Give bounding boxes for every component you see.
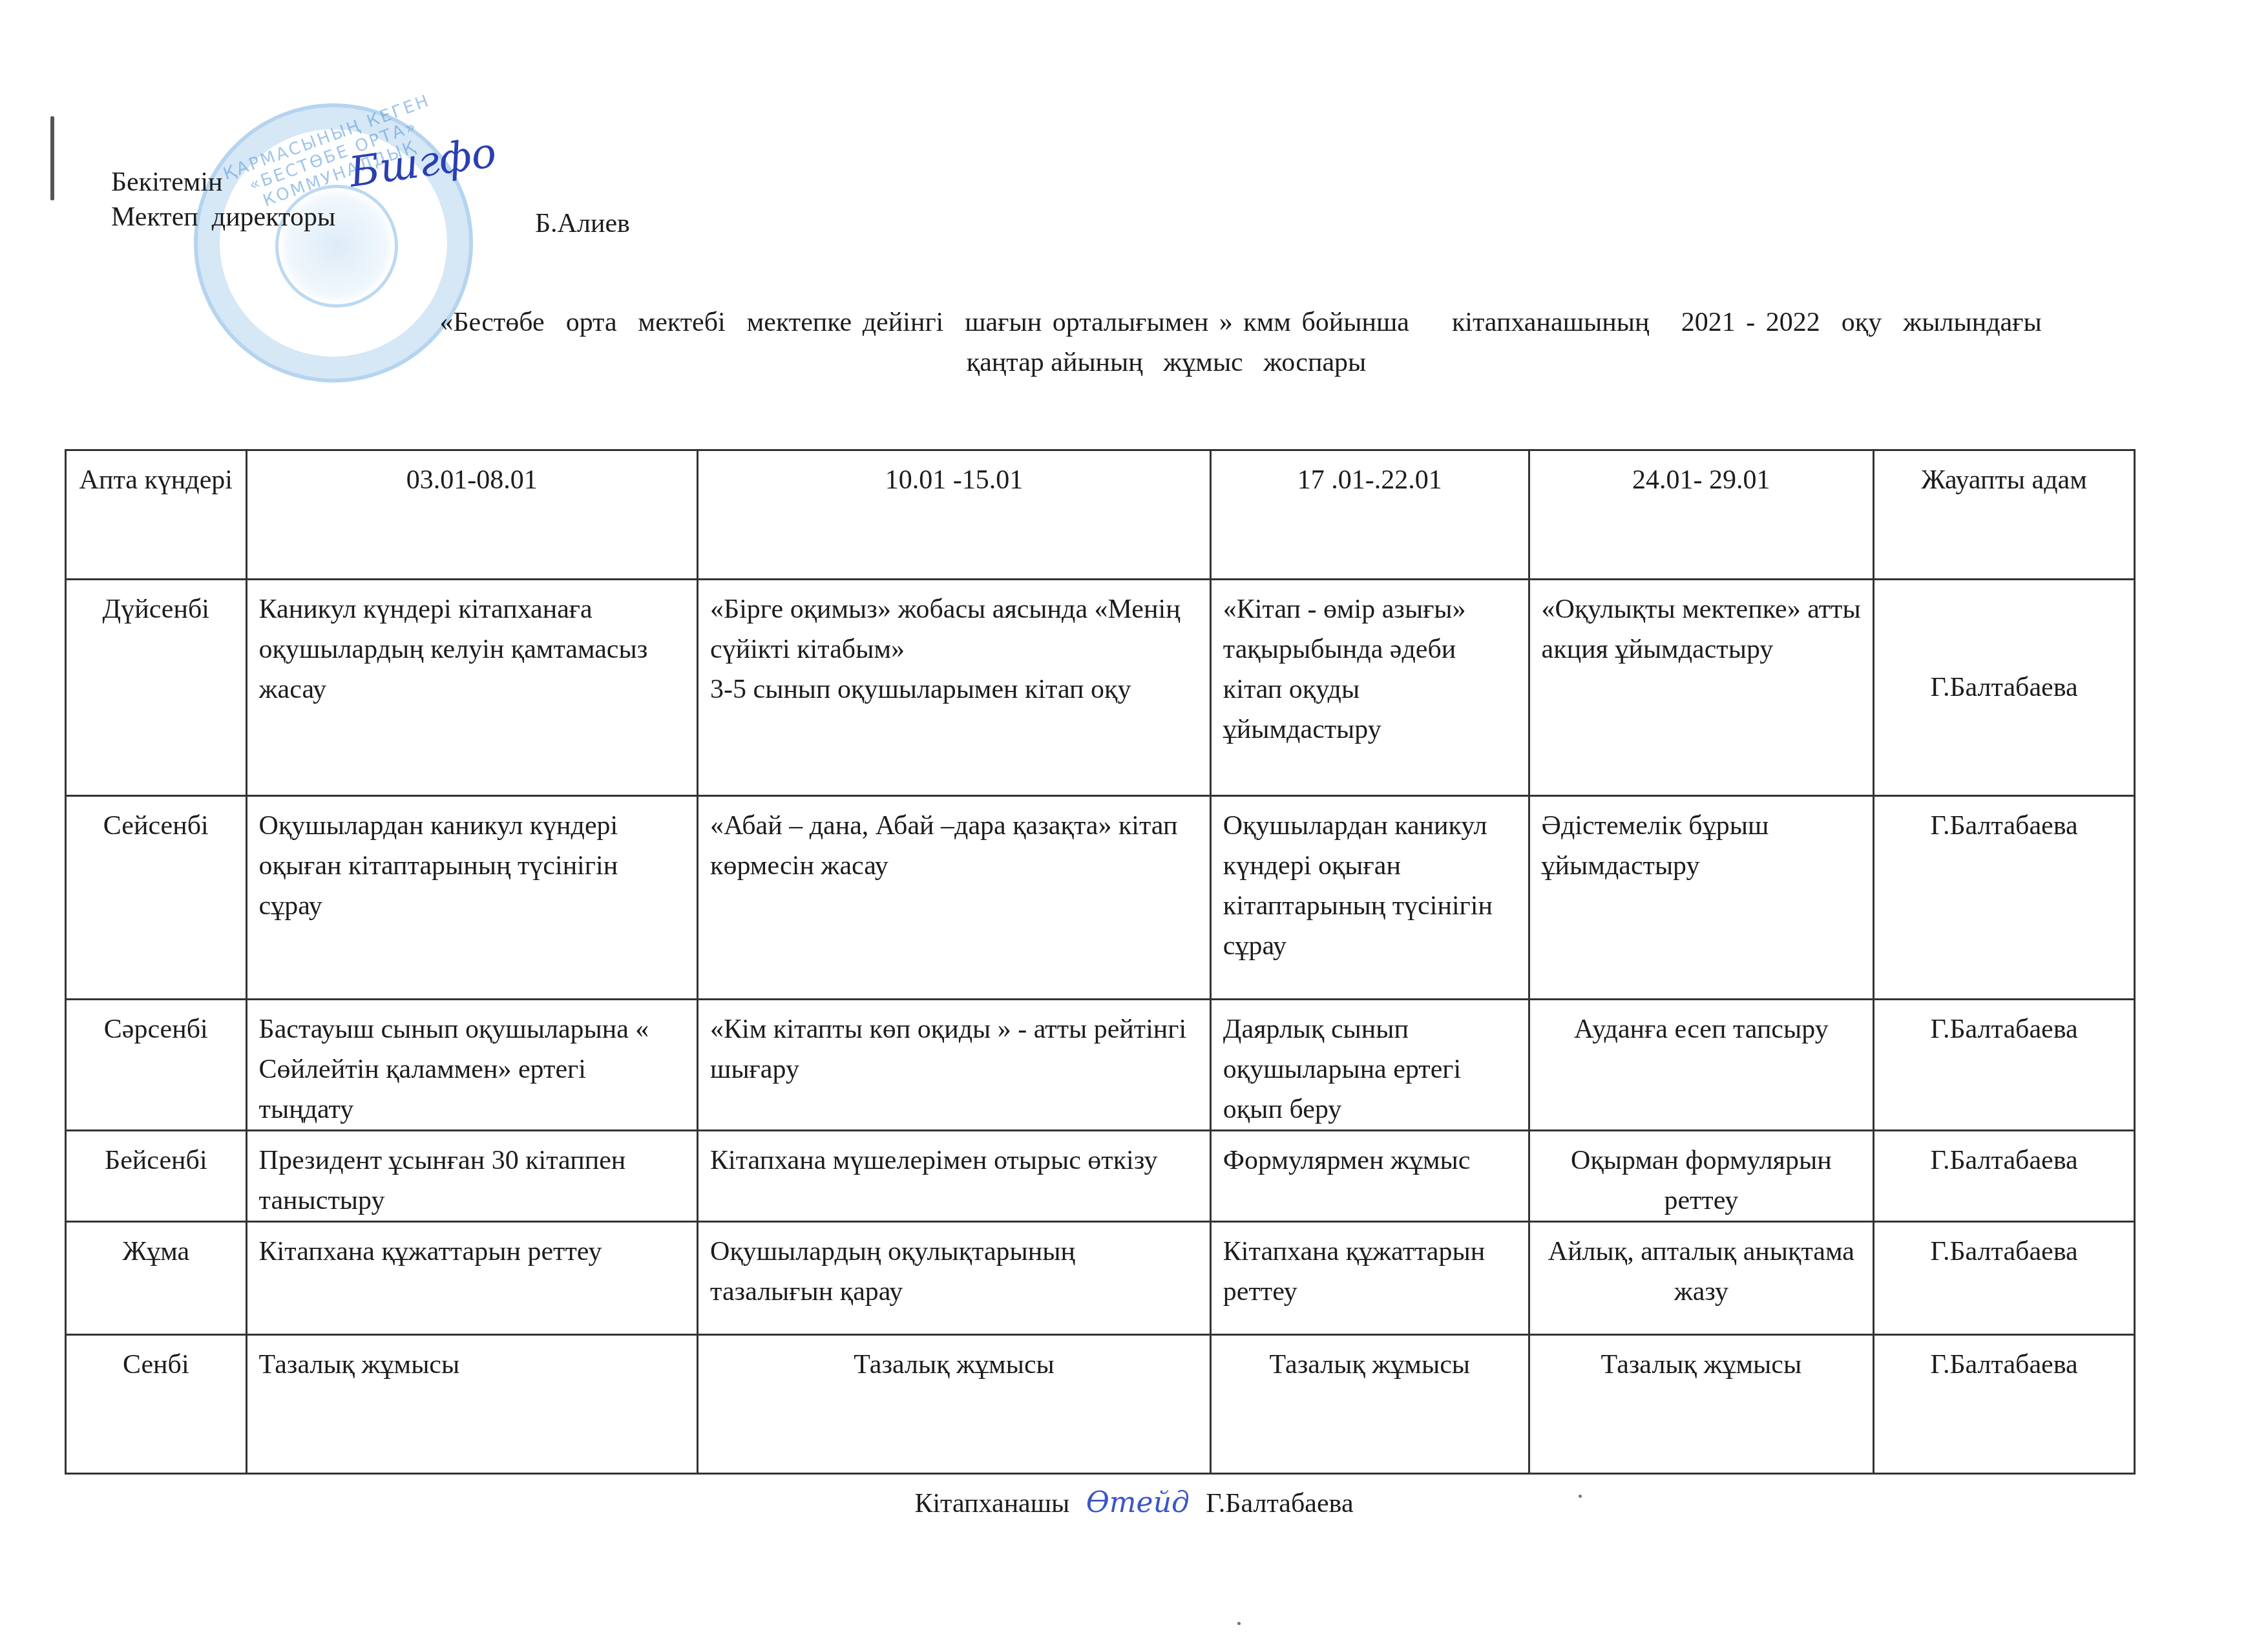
header-week-1: 03.01-08.01 (246, 450, 697, 580)
table-row: Сенбі Тазалық жұмысы Тазалық жұмысы Таза… (66, 1335, 2135, 1474)
activity-cell: Оқушылардан каникул күндері оқыған кітап… (246, 796, 697, 1000)
activity-cell: Ауданға есеп тапсыру (1529, 1000, 1873, 1131)
work-plan-table: Апта күндері 03.01-08.01 10.01 -15.01 17… (65, 449, 2136, 1475)
day-cell: Жұма (66, 1222, 247, 1335)
activity-cell: Кітапхана құжаттарын реттеу (1210, 1222, 1529, 1335)
table-header-row: Апта күндері 03.01-08.01 10.01 -15.01 17… (66, 450, 2135, 580)
day-cell: Бейсенбі (66, 1131, 247, 1222)
activity-cell: «Оқулықты мектепке» атты акция ұйымдасты… (1529, 580, 1873, 796)
activity-cell: Тазалық жұмысы (1210, 1335, 1529, 1474)
activity-cell: «Кім кітапты көп оқиды » - атты рейтінгі… (698, 1000, 1211, 1131)
table-row: Жұма Кітапхана құжаттарын реттеу Оқушыла… (66, 1222, 2135, 1335)
activity-cell: «Абай – дана, Абай –дара қазақта» кітап … (698, 796, 1211, 1000)
activity-cell: Формулярмен жұмыс (1210, 1131, 1529, 1222)
approval-block: Бекітемін Мектеп директоры (111, 165, 335, 235)
document-title: «Бестөбе орта мектебі мектепке дейінгі ш… (0, 302, 2268, 383)
header-responsible: Жауапты адам (1874, 450, 2135, 580)
header-week-3: 17 .01-.22.01 (1210, 450, 1529, 580)
day-cell: Сәрсенбі (66, 1000, 247, 1131)
table-row: Дүйсенбі Каникул күндері кітапханаға оқу… (66, 580, 2135, 796)
activity-cell: Тазалық жұмысы (698, 1335, 1211, 1474)
activity-cell: Даярлық сынып оқушыларына ертегі оқып бе… (1210, 1000, 1529, 1131)
responsible-cell: Г.Балтабаева (1874, 580, 2135, 796)
activity-cell: Тазалық жұмысы (1529, 1335, 1873, 1474)
activity-cell: «Бірге оқимыз» жобасы аясында «Менің сүй… (698, 580, 1211, 796)
librarian-role: Кітапханашы (914, 1489, 1069, 1518)
activity-cell: Бастауыш сынып оқушыларына « Сөйлейтін қ… (246, 1000, 697, 1131)
activity-cell: «Кітап - өмір азығы» тақырыбында әдеби к… (1210, 580, 1529, 796)
title-line-1: «Бестөбе орта мектебі мектепке дейінгі ш… (0, 302, 2268, 342)
activity-cell: Айлық, апталық анықтама жазу (1529, 1222, 1873, 1335)
day-cell: Дүйсенбі (66, 580, 247, 796)
responsible-cell: Г.Балтабаева (1874, 1131, 2135, 1222)
activity-cell: Кітапхана мүшелерімен отырыс өткізу (698, 1131, 1211, 1222)
activity-cell: Оқушылардан каникул күндері оқыған кітап… (1210, 796, 1529, 1000)
activity-cell: Кітапхана құжаттарын реттеу (246, 1222, 697, 1335)
librarian-name: Г.Балтабаева (1206, 1489, 1353, 1518)
approval-label: Бекітемін (111, 165, 335, 200)
activity-cell: Оқырман формулярын реттеу (1529, 1131, 1873, 1222)
activity-cell: Тазалық жұмысы (246, 1335, 697, 1474)
header-weekdays: Апта күндері (66, 450, 247, 580)
librarian-signature-line: Кітапханашы Ѳтейд Г.Балтабаева (0, 1486, 2268, 1519)
librarian-signature: Ѳтейд (1076, 1486, 1199, 1519)
scan-speck (1237, 1622, 1241, 1625)
responsible-cell: Г.Балтабаева (1874, 1000, 2135, 1131)
title-line-2: қаңтар айының жұмыс жоспары (0, 342, 2268, 383)
activity-cell: Әдістемелік бұрыш ұйымдастыру (1529, 796, 1873, 1000)
responsible-cell: Г.Балтабаева (1874, 796, 2135, 1000)
table-row: Бейсенбі Президент ұсынған 30 кітаппен т… (66, 1131, 2135, 1222)
table-row: Сәрсенбі Бастауыш сынып оқушыларына « Сө… (66, 1000, 2135, 1131)
header-week-2: 10.01 -15.01 (698, 450, 1211, 580)
scan-speck (1579, 1495, 1582, 1498)
day-cell: Сенбі (66, 1335, 247, 1474)
scan-edge-mark (50, 116, 54, 200)
activity-cell: Президент ұсынған 30 кітаппен таныстыру (246, 1131, 697, 1222)
activity-cell: Каникул күндері кітапханаға оқушылардың … (246, 580, 697, 796)
activity-cell: Оқушылардың оқулықтарының тазалығын қара… (698, 1222, 1211, 1335)
table-row: Сейсенбі Оқушылардан каникул күндері оқы… (66, 796, 2135, 1000)
responsible-cell: Г.Балтабаева (1874, 1335, 2135, 1474)
director-name: Б.Алиев (535, 208, 630, 239)
director-title: Мектеп директоры (111, 200, 335, 235)
responsible-cell: Г.Балтабаева (1874, 1222, 2135, 1335)
header-week-4: 24.01- 29.01 (1529, 450, 1873, 580)
day-cell: Сейсенбі (66, 796, 247, 1000)
